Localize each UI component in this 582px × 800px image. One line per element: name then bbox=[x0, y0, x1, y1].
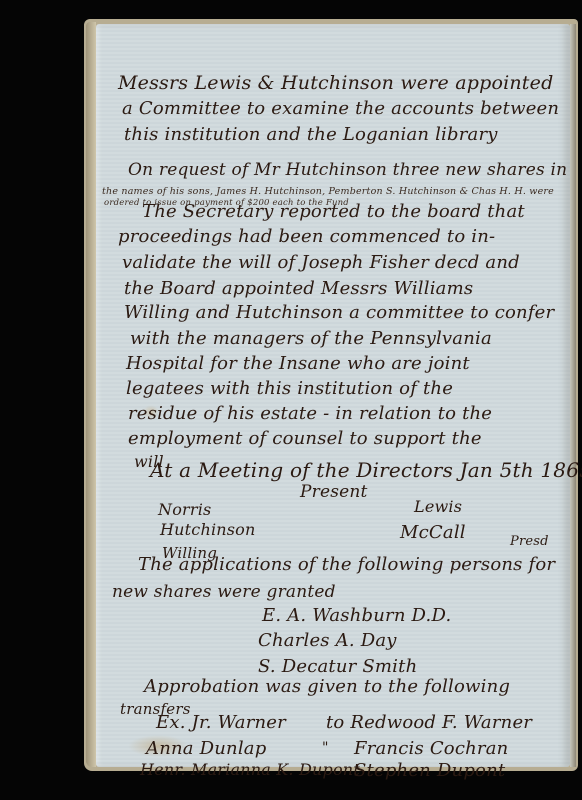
new-share-name: E. A. Washburn D.D. bbox=[262, 605, 451, 626]
president-mark: Presd bbox=[510, 534, 549, 549]
text-line: Hospital for the Insane who are joint bbox=[126, 353, 470, 374]
interlinear-note: the names of his sons, James H. Hutchins… bbox=[102, 186, 554, 197]
text-line: legatees with this institution of the bbox=[126, 378, 453, 399]
ditto-mark: " bbox=[322, 740, 329, 756]
new-share-name: Charles A. Day bbox=[258, 630, 397, 651]
present-label: Present bbox=[300, 482, 368, 502]
transfer-from: Henr. Marianna K. Dupont bbox=[140, 760, 360, 779]
director-name: Lewis bbox=[414, 497, 462, 516]
page-right-edge bbox=[570, 24, 576, 767]
text-line: proceedings had been commenced to in- bbox=[118, 226, 495, 247]
text-line: Approbation was given to the following bbox=[144, 676, 510, 697]
text-line: residue of his estate - in relation to t… bbox=[128, 403, 492, 424]
transfer-from: Anna Dunlap bbox=[146, 738, 266, 759]
text-line: the Board appointed Messrs Williams bbox=[124, 278, 473, 299]
text-line: validate the will of Joseph Fisher decd … bbox=[122, 252, 520, 273]
text-line: this institution and the Loganian librar… bbox=[124, 124, 498, 145]
text-line: with the managers of the Pennsylvania bbox=[130, 328, 492, 349]
new-share-name: S. Decatur Smith bbox=[258, 656, 417, 677]
transfer-to: to Redwood F. Warner bbox=[326, 712, 532, 733]
text-line: Willing and Hutchinson a committee to co… bbox=[124, 302, 554, 323]
meeting-heading: At a Meeting of the Directors Jan 5th 18… bbox=[150, 458, 582, 482]
transfer-from: Ex. Jr. Warner bbox=[156, 712, 286, 733]
text-line: The applications of the following person… bbox=[138, 554, 555, 575]
transfer-to: Stephen Dupont bbox=[354, 760, 505, 781]
transfer-to: Francis Cochran bbox=[354, 738, 508, 759]
text-line: Messrs Lewis & Hutchinson were appointed bbox=[118, 72, 553, 94]
director-name: McCall bbox=[400, 522, 466, 543]
director-name: Norris bbox=[158, 500, 211, 519]
text-line: employment of counsel to support the bbox=[128, 428, 482, 449]
text-line: The Secretary reported to the board that bbox=[142, 201, 525, 222]
text-line: a Committee to examine the accounts betw… bbox=[122, 98, 559, 119]
text-line: new shares were granted bbox=[112, 582, 336, 602]
text-line: On request of Mr Hutchinson three new sh… bbox=[128, 160, 567, 180]
director-name: Hutchinson bbox=[160, 520, 256, 539]
page-left-edge bbox=[86, 22, 96, 767]
